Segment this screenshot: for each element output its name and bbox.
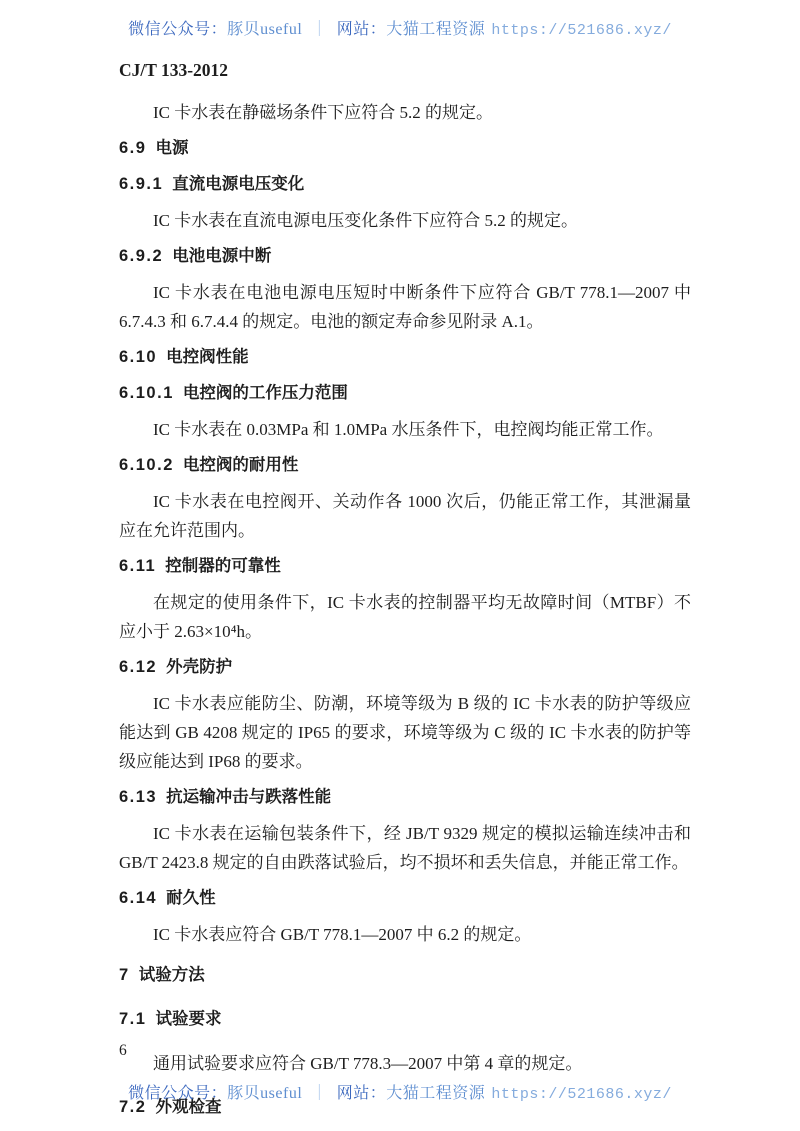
document-body: IC 卡水表在静磁场条件下应符合 5.2 的规定。 6.9电源 6.9.1直流电…	[119, 98, 691, 1129]
body-paragraph: 在规定的使用条件下，IC 卡水表的控制器平均无故障时间（MTBF）不应小于 2.…	[119, 588, 691, 646]
clause-heading-6-10: 6.10电控阀性能	[119, 343, 691, 372]
wechat-account: 豚贝useful	[227, 21, 302, 38]
clause-heading-6-12: 6.12外壳防护	[119, 653, 691, 682]
chapter-number: 7	[119, 966, 130, 984]
site-name: 大猫工程资源	[386, 21, 485, 38]
clause-heading-6-13: 6.13抗运输冲击与跌落性能	[119, 783, 691, 812]
clause-number: 6.10.1	[119, 384, 174, 402]
body-paragraph: IC 卡水表在运输包装条件下，经 JB/T 9329 规定的模拟运输连续冲击和 …	[119, 819, 691, 877]
clause-number: 6.9.1	[119, 175, 163, 193]
clause-number: 6.9	[119, 139, 146, 157]
separator: ｜	[311, 21, 328, 38]
header-watermark: 微信公众号：豚贝useful｜网站：大猫工程资源https://521686.x…	[0, 16, 800, 39]
clause-heading-6-9-1: 6.9.1直流电源电压变化	[119, 170, 691, 199]
wechat-account: 豚贝useful	[227, 1085, 302, 1102]
clause-heading-6-11: 6.11控制器的可靠性	[119, 552, 691, 581]
body-paragraph: IC 卡水表在电池电源电压短时中断条件下应符合 GB/T 778.1—2007 …	[119, 278, 691, 336]
clause-title: 电控阀性能	[166, 348, 249, 366]
clause-number: 6.9.2	[119, 247, 163, 265]
clause-number: 7.1	[119, 1010, 146, 1028]
body-paragraph: IC 卡水表在直流电源电压变化条件下应符合 5.2 的规定。	[119, 206, 691, 235]
body-paragraph: IC 卡水表应符合 GB/T 778.1—2007 中 6.2 的规定。	[119, 920, 691, 949]
chapter-title: 试验方法	[139, 966, 205, 984]
clause-title: 直流电源电压变化	[172, 175, 304, 193]
clause-number: 6.13	[119, 788, 157, 806]
body-paragraph: IC 卡水表在 0.03MPa 和 1.0MPa 水压条件下，电控阀均能正常工作…	[119, 415, 691, 444]
body-paragraph: IC 卡水表在静磁场条件下应符合 5.2 的规定。	[119, 98, 691, 127]
clause-title: 电控阀的耐用性	[183, 456, 299, 474]
separator: ｜	[311, 1085, 328, 1102]
clause-heading-6-9-2: 6.9.2电池电源中断	[119, 242, 691, 271]
clause-number: 6.11	[119, 557, 156, 575]
clause-title: 抗运输冲击与跌落性能	[166, 788, 331, 806]
body-paragraph: IC 卡水表应能防尘、防潮，环境等级为 B 级的 IC 卡水表的防护等级应能达到…	[119, 689, 691, 776]
chapter-heading-7: 7试验方法	[119, 961, 691, 990]
clause-heading-7-1: 7.1试验要求	[119, 1005, 691, 1034]
clause-title: 电源	[155, 139, 188, 157]
body-paragraph: 通用试验要求应符合 GB/T 778.3—2007 中第 4 章的规定。	[119, 1049, 691, 1078]
clause-title: 电控阀的工作压力范围	[183, 384, 348, 402]
wechat-label: 微信公众号：	[128, 21, 227, 38]
site-label: 网站：	[337, 1085, 387, 1102]
clause-title: 控制器的可靠性	[165, 557, 281, 575]
body-paragraph: IC 卡水表在电控阀开、关动作各 1000 次后，仍能正常工作，其泄漏量应在允许…	[119, 487, 691, 545]
clause-number: 6.10	[119, 348, 157, 366]
clause-title: 试验要求	[155, 1010, 221, 1028]
clause-heading-6-14: 6.14耐久性	[119, 884, 691, 913]
clause-title: 电池电源中断	[172, 247, 271, 265]
site-url: https://521686.xyz/	[491, 1086, 672, 1103]
clause-title: 外壳防护	[166, 658, 232, 676]
site-label: 网站：	[337, 21, 387, 38]
standard-code: CJ/T 133-2012	[119, 60, 228, 81]
clause-number: 6.12	[119, 658, 157, 676]
document-page: 微信公众号：豚贝useful｜网站：大猫工程资源https://521686.x…	[0, 0, 800, 1131]
site-name: 大猫工程资源	[386, 1085, 485, 1102]
page-number: 6	[119, 1042, 127, 1060]
clause-number: 6.10.2	[119, 456, 174, 474]
wechat-label: 微信公众号：	[128, 1085, 227, 1102]
footer-watermark: 微信公众号：豚贝useful｜网站：大猫工程资源https://521686.x…	[0, 1080, 800, 1103]
site-url: https://521686.xyz/	[491, 22, 672, 39]
clause-title: 耐久性	[166, 889, 216, 907]
clause-heading-6-10-1: 6.10.1电控阀的工作压力范围	[119, 379, 691, 408]
clause-number: 6.14	[119, 889, 157, 907]
clause-heading-6-10-2: 6.10.2电控阀的耐用性	[119, 451, 691, 480]
clause-heading-6-9: 6.9电源	[119, 134, 691, 163]
